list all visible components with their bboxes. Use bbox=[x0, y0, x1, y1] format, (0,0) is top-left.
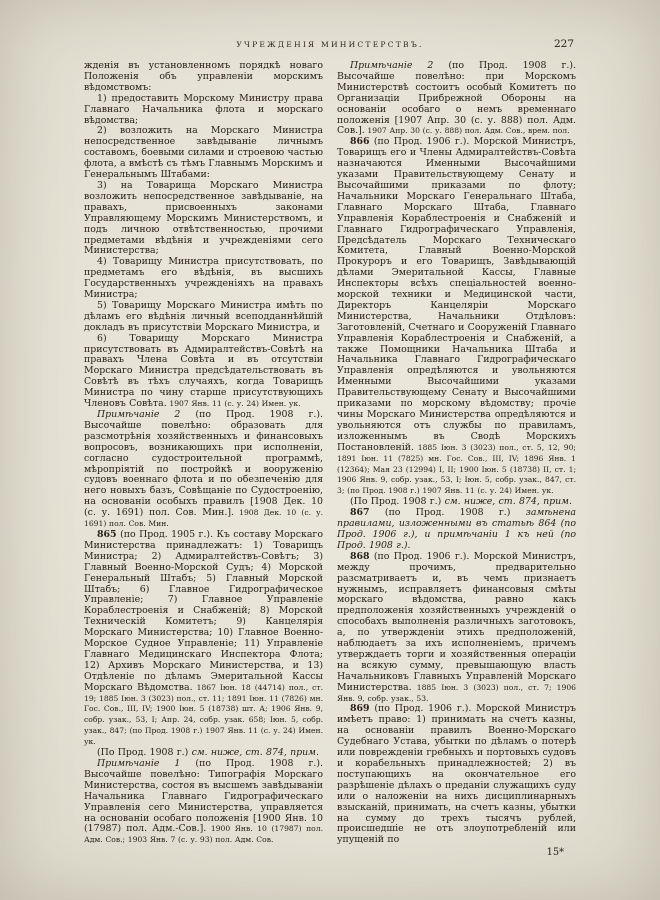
paragraph-article-865: 865 (по Прод. 1905 г.). Къ составу Морск… bbox=[84, 530, 323, 748]
text-segment: 869 bbox=[350, 703, 370, 714]
document-page: УЧРЕЖДЕНІЯ МИНИСТЕРСТВЪ. 227 жденія въ у… bbox=[0, 0, 660, 900]
text-segment: (по Прод. 1906 г.). Морской Министръ имѣ… bbox=[337, 703, 576, 845]
column-right: Примѣчаніе 2 (по Прод. 1908 г.). Высочай… bbox=[337, 61, 576, 858]
text-segment: 866 bbox=[350, 136, 370, 147]
text-segment: см. ниже, ст. 874, прим. bbox=[445, 496, 572, 507]
text-segment: (по Прод. 1905 г.). Къ составу Морскаго … bbox=[84, 529, 323, 693]
paragraph-note-1-typography: Примѣчаніе 1 (по Прод. 1908 г.). Высочай… bbox=[84, 759, 323, 846]
text-segment: (по Прод. 1908 г.). Высочайше повелѣно: … bbox=[337, 60, 576, 136]
text-segment: (по Прод. 1908 г.) bbox=[370, 507, 526, 518]
paragraph-article-867: 867 (по Прод. 1908 г.) замѣнена правилам… bbox=[337, 508, 576, 552]
running-title: УЧРЕЖДЕНІЯ МИНИСТЕРСТВЪ. bbox=[84, 40, 576, 49]
paragraph-note-2-shipbuilding: Примѣчаніе 2 (по Прод. 1908 г.). Высочай… bbox=[84, 410, 323, 530]
text-segment: (по Прод. 1908 г.). Высочайше повелѣно: … bbox=[84, 758, 323, 834]
paragraph-article-869: 869 (по Прод. 1906 г.). Морской Министръ… bbox=[337, 704, 576, 846]
text-segment: 1907 Янв. 11 (с. у. 24) Имен. ук. bbox=[167, 399, 301, 408]
page-number: 227 bbox=[554, 38, 574, 50]
paragraph-article-868: 868 (по Прод. 1906 г.). Морской Министръ… bbox=[337, 552, 576, 705]
text-segment: 2) возложить на Морскаго Министра непоср… bbox=[84, 125, 323, 180]
text-segment: (по Прод. 1908 г.). Высочайше повелѣно: … bbox=[84, 409, 323, 518]
paragraph-item-3: 3) на Товарища Морскаго Министра возложи… bbox=[84, 181, 323, 257]
text-segment: (по Прод. 1906 г.). Морской Министръ, То… bbox=[337, 136, 576, 452]
text-segment: (По Прод. 1908 г.) bbox=[350, 496, 445, 507]
text-segment: 865 bbox=[97, 529, 117, 540]
paragraph-item-6: 6) Товарищу Морскаго Министра присутство… bbox=[84, 334, 323, 410]
text-segment: (по Прод. 1906 г.). Морской Министръ, ме… bbox=[337, 551, 576, 693]
text-segment: 1) предоставить Морскому Министру права … bbox=[84, 93, 323, 126]
text-segment: Примѣчаніе 2 bbox=[350, 60, 433, 71]
column-right-paragraphs: Примѣчаніе 2 (по Прод. 1908 г.). Высочай… bbox=[337, 61, 576, 846]
text-segment: (По Прод. 1908 г.) bbox=[97, 747, 192, 758]
text-segment: 3) на Товарища Морскаго Министра возложи… bbox=[84, 180, 323, 256]
paragraph-item-4: 4) Товарищу Министра присутствовать, по … bbox=[84, 257, 323, 301]
paragraph-continuation: жденія въ установленномъ порядкѣ новаго … bbox=[84, 61, 323, 94]
text-segment: 868 bbox=[350, 551, 370, 562]
page-header: УЧРЕЖДЕНІЯ МИНИСТЕРСТВЪ. 227 bbox=[84, 40, 576, 58]
text-block: УЧРЕЖДЕНІЯ МИНИСТЕРСТВЪ. 227 жденія въ у… bbox=[84, 40, 576, 858]
column-left: жденія въ установленномъ порядкѣ новаго … bbox=[84, 61, 323, 858]
text-segment: 6) Товарищу Морскаго Министра присутство… bbox=[84, 333, 323, 409]
text-segment: Примѣчаніе 2 bbox=[97, 409, 180, 420]
paragraph-item-2: 2) возложить на Морскаго Министра непоср… bbox=[84, 126, 323, 181]
paragraph-item-1: 1) предоставить Морскому Министру права … bbox=[84, 94, 323, 127]
text-columns: жденія въ установленномъ порядкѣ новаго … bbox=[84, 61, 576, 858]
text-segment: 1907 Апр. 30 (с. у. 888) пол. Адм. Сов.,… bbox=[365, 126, 570, 135]
text-segment: 4) Товарищу Министра присутствовать, по … bbox=[84, 256, 323, 300]
signature-mark: 15* bbox=[337, 847, 576, 858]
text-segment: 5) Товарищу Морскаго Министра имѣть по д… bbox=[84, 300, 323, 333]
text-segment: 867 bbox=[350, 507, 370, 518]
paragraph-note-2-coastal-defense: Примѣчаніе 2 (по Прод. 1908 г.). Высочай… bbox=[337, 61, 576, 137]
text-segment: см. ниже, ст. 874, прим. bbox=[192, 747, 319, 758]
text-segment: Примѣчаніе 1 bbox=[97, 758, 180, 769]
paragraph-item-5: 5) Товарищу Морскаго Министра имѣть по д… bbox=[84, 301, 323, 334]
paragraph-article-866: 866 (по Прод. 1906 г.). Морской Министръ… bbox=[337, 137, 576, 497]
text-segment: жденія въ установленномъ порядкѣ новаго … bbox=[84, 60, 323, 93]
